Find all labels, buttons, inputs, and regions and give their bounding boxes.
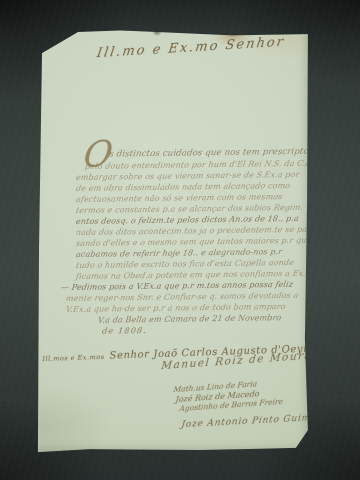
salutation-heading: Ill.mo e Ex.mo Senhor (96, 35, 286, 62)
manuscript-paper: Ill.mo e Ex.mo Senhor O s distinctos cui… (36, 29, 309, 453)
body-text-block: s distinctos cuidados que nos tem prescr… (76, 150, 312, 337)
signature: Joze Antonio Pinto Guim.es (181, 412, 327, 430)
body-line-year: de 1808. (75, 323, 313, 337)
addressee-honorific: Ill.mos e Ex.mos (42, 353, 104, 363)
